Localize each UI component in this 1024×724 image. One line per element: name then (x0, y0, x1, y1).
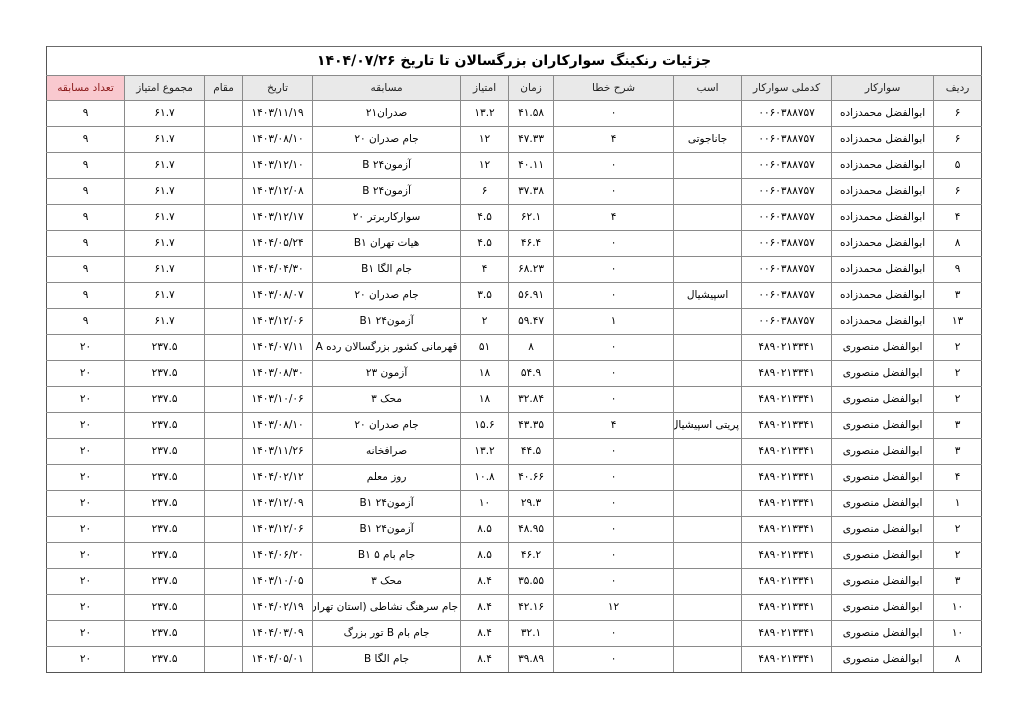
national-id-cell: ۴۸۹۰۲۱۳۳۴۱ (742, 569, 832, 595)
rank-cell (205, 595, 243, 621)
date-cell: ۱۴۰۳/۰۸/۱۰ (243, 127, 313, 153)
fault-cell: ۰ (554, 335, 674, 361)
national-id-cell: ۰۰۶۰۳۸۸۷۵۷ (742, 179, 832, 205)
score-cell: ۴.۵ (461, 205, 509, 231)
table-row: ۲ابوالفضل منصوری۴۸۹۰۲۱۳۳۴۱۰۴۶.۲۸.۵جام با… (47, 543, 982, 569)
fault-cell: ۰ (554, 231, 674, 257)
table-row: ۳ابوالفضل محمدزاده۰۰۶۰۳۸۸۷۵۷اسپیشیال۰۵۶.… (47, 283, 982, 309)
total-score-cell: ۲۳۷.۵ (125, 439, 205, 465)
column-header-horse: اسب (674, 76, 742, 101)
competition-cell: سوارکاربرتر ۲۰ (313, 205, 461, 231)
competition-cell: جام سرهنگ نشاطی (استان تهران) B (313, 595, 461, 621)
column-header-rank: مقام (205, 76, 243, 101)
competition-cell: آزمون۲۴ B۱ (313, 309, 461, 335)
table-row: ۱۰ابوالفضل منصوری۴۸۹۰۲۱۳۳۴۱۱۲۴۲.۱۶۸.۴جام… (47, 595, 982, 621)
rank-cell (205, 179, 243, 205)
competition-cell: جام الگا B۱ (313, 257, 461, 283)
time-cell: ۴۶.۲ (509, 543, 554, 569)
score-cell: ۱۸ (461, 387, 509, 413)
score-cell: ۱۸ (461, 361, 509, 387)
total-score-cell: ۶۱.۷ (125, 153, 205, 179)
table-row: ۱۳ابوالفضل محمدزاده۰۰۶۰۳۸۸۷۵۷۱۵۹.۴۷۲آزمو… (47, 309, 982, 335)
horse-cell (674, 439, 742, 465)
score-cell: ۵۱ (461, 335, 509, 361)
total-score-cell: ۶۱.۷ (125, 283, 205, 309)
fault-cell: ۰ (554, 283, 674, 309)
score-cell: ۱۳.۲ (461, 101, 509, 127)
competition-count-cell: ۹ (47, 309, 125, 335)
rider-name-cell: ابوالفضل محمدزاده (832, 127, 934, 153)
score-cell: ۱۰ (461, 491, 509, 517)
time-cell: ۳۵.۵۵ (509, 569, 554, 595)
national-id-cell: ۰۰۶۰۳۸۸۷۵۷ (742, 127, 832, 153)
time-cell: ۵۴.۹ (509, 361, 554, 387)
rider-name-cell: ابوالفضل محمدزاده (832, 257, 934, 283)
rider-name-cell: ابوالفضل محمدزاده (832, 205, 934, 231)
rank-cell (205, 127, 243, 153)
horse-cell (674, 361, 742, 387)
rank-cell (205, 517, 243, 543)
score-cell: ۱۲ (461, 127, 509, 153)
time-cell: ۴۶.۴ (509, 231, 554, 257)
time-cell: ۴۱.۵۸ (509, 101, 554, 127)
rider-name-cell: ابوالفضل منصوری (832, 491, 934, 517)
rank-cell (205, 101, 243, 127)
national-id-cell: ۰۰۶۰۳۸۸۷۵۷ (742, 231, 832, 257)
time-cell: ۴۴.۵ (509, 439, 554, 465)
row-number-cell: ۳ (934, 569, 982, 595)
score-cell: ۸.۴ (461, 647, 509, 673)
time-cell: ۴۷.۳۳ (509, 127, 554, 153)
horse-cell (674, 153, 742, 179)
competition-count-cell: ۹ (47, 205, 125, 231)
time-cell: ۴۳.۳۵ (509, 413, 554, 439)
date-cell: ۱۴۰۳/۱۲/۰۶ (243, 517, 313, 543)
report-title: جزئیات رنکینگ سوارکاران بزرگسالان تا تار… (47, 47, 982, 76)
table-row: ۲ابوالفضل منصوری۴۸۹۰۲۱۳۳۴۱۰۴۸.۹۵۸.۵آزمون… (47, 517, 982, 543)
horse-cell (674, 543, 742, 569)
date-cell: ۱۴۰۴/۰۴/۳۰ (243, 257, 313, 283)
rank-cell (205, 569, 243, 595)
score-cell: ۸.۴ (461, 569, 509, 595)
score-cell: ۳.۵ (461, 283, 509, 309)
horse-cell (674, 517, 742, 543)
total-score-cell: ۲۳۷.۵ (125, 335, 205, 361)
national-id-cell: ۰۰۶۰۳۸۸۷۵۷ (742, 309, 832, 335)
table-row: ۱ابوالفضل منصوری۴۸۹۰۲۱۳۳۴۱۰۲۹.۳۱۰آزمون۲۴… (47, 491, 982, 517)
fault-cell: ۰ (554, 387, 674, 413)
score-cell: ۶ (461, 179, 509, 205)
row-number-cell: ۱۳ (934, 309, 982, 335)
total-score-cell: ۲۳۷.۵ (125, 387, 205, 413)
score-cell: ۸.۴ (461, 621, 509, 647)
competition-count-cell: ۲۰ (47, 647, 125, 673)
national-id-cell: ۴۸۹۰۲۱۳۳۴۱ (742, 465, 832, 491)
total-score-cell: ۲۳۷.۵ (125, 595, 205, 621)
total-score-cell: ۶۱.۷ (125, 309, 205, 335)
fault-cell: ۱۲ (554, 595, 674, 621)
score-cell: ۲ (461, 309, 509, 335)
horse-cell (674, 647, 742, 673)
rider-name-cell: ابوالفضل منصوری (832, 335, 934, 361)
total-score-cell: ۶۱.۷ (125, 257, 205, 283)
national-id-cell: ۴۸۹۰۲۱۳۳۴۱ (742, 335, 832, 361)
score-cell: ۱۳.۲ (461, 439, 509, 465)
national-id-cell: ۰۰۶۰۳۸۸۷۵۷ (742, 205, 832, 231)
date-cell: ۱۴۰۳/۱۲/۱۰ (243, 153, 313, 179)
fault-cell: ۰ (554, 465, 674, 491)
date-cell: ۱۴۰۳/۱۲/۱۷ (243, 205, 313, 231)
competition-cell: محک ۳ (313, 387, 461, 413)
rider-name-cell: ابوالفضل منصوری (832, 647, 934, 673)
competition-cell: آزمون۲۴ B۱ (313, 517, 461, 543)
time-cell: ۳۲.۸۴ (509, 387, 554, 413)
competition-count-cell: ۲۰ (47, 335, 125, 361)
fault-cell: ۴ (554, 413, 674, 439)
total-score-cell: ۶۱.۷ (125, 179, 205, 205)
time-cell: ۳۷.۳۸ (509, 179, 554, 205)
competition-cell: قهرمانی کشور بزرگسالان رده A (313, 335, 461, 361)
row-number-cell: ۳ (934, 413, 982, 439)
horse-cell (674, 491, 742, 517)
total-score-cell: ۲۳۷.۵ (125, 543, 205, 569)
time-cell: ۵۹.۴۷ (509, 309, 554, 335)
competition-count-cell: ۲۰ (47, 517, 125, 543)
time-cell: ۴۸.۹۵ (509, 517, 554, 543)
competition-count-cell: ۹ (47, 127, 125, 153)
row-number-cell: ۲ (934, 517, 982, 543)
rank-cell (205, 335, 243, 361)
column-header-fault: شرح خطا (554, 76, 674, 101)
table-row: ۳ابوالفضل منصوری۴۸۹۰۲۱۳۳۴۱۰۴۴.۵۱۳.۲صرافخ… (47, 439, 982, 465)
competition-cell: جام صدران ۲۰ (313, 127, 461, 153)
row-number-cell: ۳ (934, 283, 982, 309)
rank-cell (205, 413, 243, 439)
competition-count-cell: ۲۰ (47, 595, 125, 621)
date-cell: ۱۴۰۴/۰۲/۱۹ (243, 595, 313, 621)
horse-cell (674, 205, 742, 231)
competition-count-cell: ۹ (47, 179, 125, 205)
horse-cell: اسپیشیال (674, 283, 742, 309)
score-cell: ۸.۴ (461, 595, 509, 621)
row-number-cell: ۳ (934, 439, 982, 465)
row-number-cell: ۶ (934, 127, 982, 153)
total-score-cell: ۲۳۷.۵ (125, 569, 205, 595)
competition-cell: جام بام ۵ B۱ (313, 543, 461, 569)
date-cell: ۱۴۰۴/۰۷/۱۱ (243, 335, 313, 361)
table-row: ۶ابوالفضل محمدزاده۰۰۶۰۳۸۸۷۵۷۰۳۷.۳۸۶آزمون… (47, 179, 982, 205)
fault-cell: ۱ (554, 309, 674, 335)
national-id-cell: ۴۸۹۰۲۱۳۳۴۱ (742, 621, 832, 647)
competition-cell: جام صدران ۲۰ (313, 413, 461, 439)
competition-cell: جام صدران ۲۰ (313, 283, 461, 309)
date-cell: ۱۴۰۳/۰۸/۳۰ (243, 361, 313, 387)
rank-cell (205, 491, 243, 517)
rank-cell (205, 439, 243, 465)
row-number-cell: ۴ (934, 465, 982, 491)
date-cell: ۱۴۰۳/۱۱/۱۹ (243, 101, 313, 127)
date-cell: ۱۴۰۴/۰۵/۰۱ (243, 647, 313, 673)
row-number-cell: ۲ (934, 335, 982, 361)
table-row: ۴ابوالفضل منصوری۴۸۹۰۲۱۳۳۴۱۰۴۰.۶۶۱۰.۸روز … (47, 465, 982, 491)
row-number-cell: ۱ (934, 491, 982, 517)
time-cell: ۵۶.۹۱ (509, 283, 554, 309)
competition-count-cell: ۲۰ (47, 361, 125, 387)
horse-cell (674, 569, 742, 595)
fault-cell: ۰ (554, 439, 674, 465)
fault-cell: ۰ (554, 621, 674, 647)
rider-name-cell: ابوالفضل منصوری (832, 621, 934, 647)
time-cell: ۳۲.۱ (509, 621, 554, 647)
ranking-table: جزئیات رنکینگ سوارکاران بزرگسالان تا تار… (46, 46, 982, 673)
competition-count-cell: ۲۰ (47, 387, 125, 413)
table-row: ۶ابوالفضل محمدزاده۰۰۶۰۳۸۸۷۵۷جاناجوتی۴۴۷.… (47, 127, 982, 153)
rider-name-cell: ابوالفضل منصوری (832, 569, 934, 595)
national-id-cell: ۴۸۹۰۲۱۳۳۴۱ (742, 595, 832, 621)
competition-count-cell: ۲۰ (47, 439, 125, 465)
rank-cell (205, 283, 243, 309)
competition-count-cell: ۹ (47, 101, 125, 127)
competition-count-cell: ۲۰ (47, 413, 125, 439)
horse-cell (674, 595, 742, 621)
table-row: ۵ابوالفضل محمدزاده۰۰۶۰۳۸۸۷۵۷۰۴۰.۱۱۱۲آزمو… (47, 153, 982, 179)
national-id-cell: ۴۸۹۰۲۱۳۳۴۱ (742, 543, 832, 569)
competition-cell: صرافخانه (313, 439, 461, 465)
score-cell: ۱۵.۶ (461, 413, 509, 439)
national-id-cell: ۰۰۶۰۳۸۸۷۵۷ (742, 153, 832, 179)
column-header-rider: سوارکار (832, 76, 934, 101)
national-id-cell: ۰۰۶۰۳۸۸۷۵۷ (742, 101, 832, 127)
total-score-cell: ۲۳۷.۵ (125, 621, 205, 647)
column-header-competition: مسابقه (313, 76, 461, 101)
column-header-score: امتیاز (461, 76, 509, 101)
total-score-cell: ۶۱.۷ (125, 101, 205, 127)
table-row: ۸ابوالفضل منصوری۴۸۹۰۲۱۳۳۴۱۰۳۹.۸۹۸.۴جام ا… (47, 647, 982, 673)
row-number-cell: ۱۰ (934, 621, 982, 647)
score-cell: ۱۲ (461, 153, 509, 179)
rider-name-cell: ابوالفضل محمدزاده (832, 283, 934, 309)
table-body: ۶ابوالفضل محمدزاده۰۰۶۰۳۸۸۷۵۷۰۴۱.۵۸۱۳.۲صد… (47, 101, 982, 673)
competition-cell: صدران۲۱ (313, 101, 461, 127)
rank-cell (205, 153, 243, 179)
rider-name-cell: ابوالفضل منصوری (832, 413, 934, 439)
row-number-cell: ۴ (934, 205, 982, 231)
table-row: ۳ابوالفضل منصوری۴۸۹۰۲۱۳۳۴۱پریتی اسپیشیال… (47, 413, 982, 439)
national-id-cell: ۴۸۹۰۲۱۳۳۴۱ (742, 387, 832, 413)
rank-cell (205, 387, 243, 413)
rider-name-cell: ابوالفضل محمدزاده (832, 101, 934, 127)
score-cell: ۸.۵ (461, 543, 509, 569)
total-score-cell: ۲۳۷.۵ (125, 647, 205, 673)
score-cell: ۱۰.۸ (461, 465, 509, 491)
national-id-cell: ۴۸۹۰۲۱۳۳۴۱ (742, 647, 832, 673)
rank-cell (205, 205, 243, 231)
total-score-cell: ۲۳۷.۵ (125, 517, 205, 543)
horse-cell (674, 101, 742, 127)
column-header-total-score: مجموع امتیاز (125, 76, 205, 101)
competition-count-cell: ۲۰ (47, 465, 125, 491)
time-cell: ۳۹.۸۹ (509, 647, 554, 673)
total-score-cell: ۶۱.۷ (125, 231, 205, 257)
total-score-cell: ۲۳۷.۵ (125, 413, 205, 439)
horse-cell (674, 179, 742, 205)
row-number-cell: ۲ (934, 543, 982, 569)
fault-cell: ۰ (554, 569, 674, 595)
table-row: ۳ابوالفضل منصوری۴۸۹۰۲۱۳۳۴۱۰۳۵.۵۵۸.۴محک ۳… (47, 569, 982, 595)
date-cell: ۱۴۰۴/۰۲/۱۲ (243, 465, 313, 491)
horse-cell (674, 231, 742, 257)
competition-count-cell: ۹ (47, 231, 125, 257)
national-id-cell: ۰۰۶۰۳۸۸۷۵۷ (742, 283, 832, 309)
total-score-cell: ۲۳۷.۵ (125, 491, 205, 517)
rank-cell (205, 621, 243, 647)
competition-cell: آزمون ۲۳ (313, 361, 461, 387)
horse-cell (674, 387, 742, 413)
competition-cell: محک ۳ (313, 569, 461, 595)
rider-name-cell: ابوالفضل منصوری (832, 517, 934, 543)
competition-count-cell: ۲۰ (47, 491, 125, 517)
fault-cell: ۴ (554, 205, 674, 231)
rider-name-cell: ابوالفضل منصوری (832, 361, 934, 387)
fault-cell: ۴ (554, 127, 674, 153)
competition-cell: آزمون۲۴ B (313, 179, 461, 205)
date-cell: ۱۴۰۴/۰۳/۰۹ (243, 621, 313, 647)
competition-cell: روز معلم (313, 465, 461, 491)
column-header-time: زمان (509, 76, 554, 101)
rider-name-cell: ابوالفضل منصوری (832, 595, 934, 621)
fault-cell: ۰ (554, 543, 674, 569)
score-cell: ۸.۵ (461, 517, 509, 543)
competition-count-cell: ۲۰ (47, 621, 125, 647)
total-score-cell: ۲۳۷.۵ (125, 465, 205, 491)
total-score-cell: ۲۳۷.۵ (125, 361, 205, 387)
score-cell: ۴ (461, 257, 509, 283)
rider-name-cell: ابوالفضل منصوری (832, 387, 934, 413)
table-row: ۲ابوالفضل منصوری۴۸۹۰۲۱۳۳۴۱۰۳۲.۸۴۱۸محک ۳۱… (47, 387, 982, 413)
competition-count-cell: ۹ (47, 283, 125, 309)
time-cell: ۴۰.۱۱ (509, 153, 554, 179)
rank-cell (205, 257, 243, 283)
rank-cell (205, 309, 243, 335)
row-number-cell: ۸ (934, 647, 982, 673)
date-cell: ۱۴۰۳/۱۰/۰۶ (243, 387, 313, 413)
competition-count-cell: ۹ (47, 257, 125, 283)
row-number-cell: ۵ (934, 153, 982, 179)
fault-cell: ۰ (554, 361, 674, 387)
table-row: ۲ابوالفضل منصوری۴۸۹۰۲۱۳۳۴۱۰۵۴.۹۱۸آزمون ۲… (47, 361, 982, 387)
time-cell: ۲۹.۳ (509, 491, 554, 517)
fault-cell: ۰ (554, 101, 674, 127)
date-cell: ۱۴۰۳/۱۱/۲۶ (243, 439, 313, 465)
date-cell: ۱۴۰۳/۰۸/۰۷ (243, 283, 313, 309)
time-cell: ۴۰.۶۶ (509, 465, 554, 491)
date-cell: ۱۴۰۴/۰۶/۲۰ (243, 543, 313, 569)
time-cell: ۶۸.۲۳ (509, 257, 554, 283)
fault-cell: ۰ (554, 491, 674, 517)
date-cell: ۱۴۰۳/۱۲/۰۶ (243, 309, 313, 335)
horse-cell (674, 309, 742, 335)
fault-cell: ۰ (554, 647, 674, 673)
row-number-cell: ۶ (934, 179, 982, 205)
rank-cell (205, 465, 243, 491)
national-id-cell: ۴۸۹۰۲۱۳۳۴۱ (742, 439, 832, 465)
table-row: ۹ابوالفضل محمدزاده۰۰۶۰۳۸۸۷۵۷۰۶۸.۲۳۴جام ا… (47, 257, 982, 283)
table-row: ۸ابوالفضل محمدزاده۰۰۶۰۳۸۸۷۵۷۰۴۶.۴۴.۵هیات… (47, 231, 982, 257)
rank-cell (205, 231, 243, 257)
rider-name-cell: ابوالفضل منصوری (832, 543, 934, 569)
row-number-cell: ۸ (934, 231, 982, 257)
row-number-cell: ۹ (934, 257, 982, 283)
column-header-national-id: کدملی سوارکار (742, 76, 832, 101)
rider-name-cell: ابوالفضل محمدزاده (832, 231, 934, 257)
row-number-cell: ۲ (934, 387, 982, 413)
competition-count-cell: ۲۰ (47, 569, 125, 595)
horse-cell (674, 257, 742, 283)
row-number-cell: ۶ (934, 101, 982, 127)
date-cell: ۱۴۰۴/۰۵/۲۴ (243, 231, 313, 257)
row-number-cell: ۱۰ (934, 595, 982, 621)
rider-name-cell: ابوالفضل محمدزاده (832, 309, 934, 335)
horse-cell (674, 335, 742, 361)
fault-cell: ۰ (554, 153, 674, 179)
date-cell: ۱۴۰۳/۱۲/۰۹ (243, 491, 313, 517)
date-cell: ۱۴۰۳/۱۲/۰۸ (243, 179, 313, 205)
table-row: ۶ابوالفضل محمدزاده۰۰۶۰۳۸۸۷۵۷۰۴۱.۵۸۱۳.۲صد… (47, 101, 982, 127)
date-cell: ۱۴۰۳/۱۰/۰۵ (243, 569, 313, 595)
national-id-cell: ۰۰۶۰۳۸۸۷۵۷ (742, 257, 832, 283)
competition-cell: آزمون۲۴ B (313, 153, 461, 179)
competition-cell: جام بام B تور بزرگ (313, 621, 461, 647)
score-cell: ۴.۵ (461, 231, 509, 257)
column-header-date: تاریخ (243, 76, 313, 101)
column-header-competition-count: تعداد مسابقه (47, 76, 125, 101)
rider-name-cell: ابوالفضل منصوری (832, 439, 934, 465)
time-cell: ۴۲.۱۶ (509, 595, 554, 621)
time-cell: ۶۲.۱ (509, 205, 554, 231)
rider-name-cell: ابوالفضل محمدزاده (832, 153, 934, 179)
national-id-cell: ۴۸۹۰۲۱۳۳۴۱ (742, 491, 832, 517)
date-cell: ۱۴۰۳/۰۸/۱۰ (243, 413, 313, 439)
horse-cell: پریتی اسپیشیال (674, 413, 742, 439)
rank-cell (205, 647, 243, 673)
competition-cell: هیات تهران B۱ (313, 231, 461, 257)
table-row: ۴ابوالفضل محمدزاده۰۰۶۰۳۸۸۷۵۷۴۶۲.۱۴.۵سوار… (47, 205, 982, 231)
national-id-cell: ۴۸۹۰۲۱۳۳۴۱ (742, 361, 832, 387)
competition-count-cell: ۹ (47, 153, 125, 179)
table-row: ۱۰ابوالفضل منصوری۴۸۹۰۲۱۳۳۴۱۰۳۲.۱۸.۴جام ب… (47, 621, 982, 647)
national-id-cell: ۴۸۹۰۲۱۳۳۴۱ (742, 517, 832, 543)
ranking-report-sheet: جزئیات رنکینگ سوارکاران بزرگسالان تا تار… (46, 46, 981, 673)
competition-cell: جام الگا B (313, 647, 461, 673)
total-score-cell: ۶۱.۷ (125, 127, 205, 153)
horse-cell (674, 465, 742, 491)
horse-cell (674, 621, 742, 647)
fault-cell: ۰ (554, 179, 674, 205)
fault-cell: ۰ (554, 517, 674, 543)
national-id-cell: ۴۸۹۰۲۱۳۳۴۱ (742, 413, 832, 439)
fault-cell: ۰ (554, 257, 674, 283)
competition-count-cell: ۲۰ (47, 543, 125, 569)
header-row: ردیف سوارکار کدملی سوارکار اسب شرح خطا ز… (47, 76, 982, 101)
rider-name-cell: ابوالفضل منصوری (832, 465, 934, 491)
rank-cell (205, 543, 243, 569)
rider-name-cell: ابوالفضل محمدزاده (832, 179, 934, 205)
table-row: ۲ابوالفضل منصوری۴۸۹۰۲۱۳۳۴۱۰۸۵۱قهرمانی کش… (47, 335, 982, 361)
time-cell: ۸ (509, 335, 554, 361)
column-header-radif: ردیف (934, 76, 982, 101)
competition-cell: آزمون۲۴ B۱ (313, 491, 461, 517)
horse-cell: جاناجوتی (674, 127, 742, 153)
